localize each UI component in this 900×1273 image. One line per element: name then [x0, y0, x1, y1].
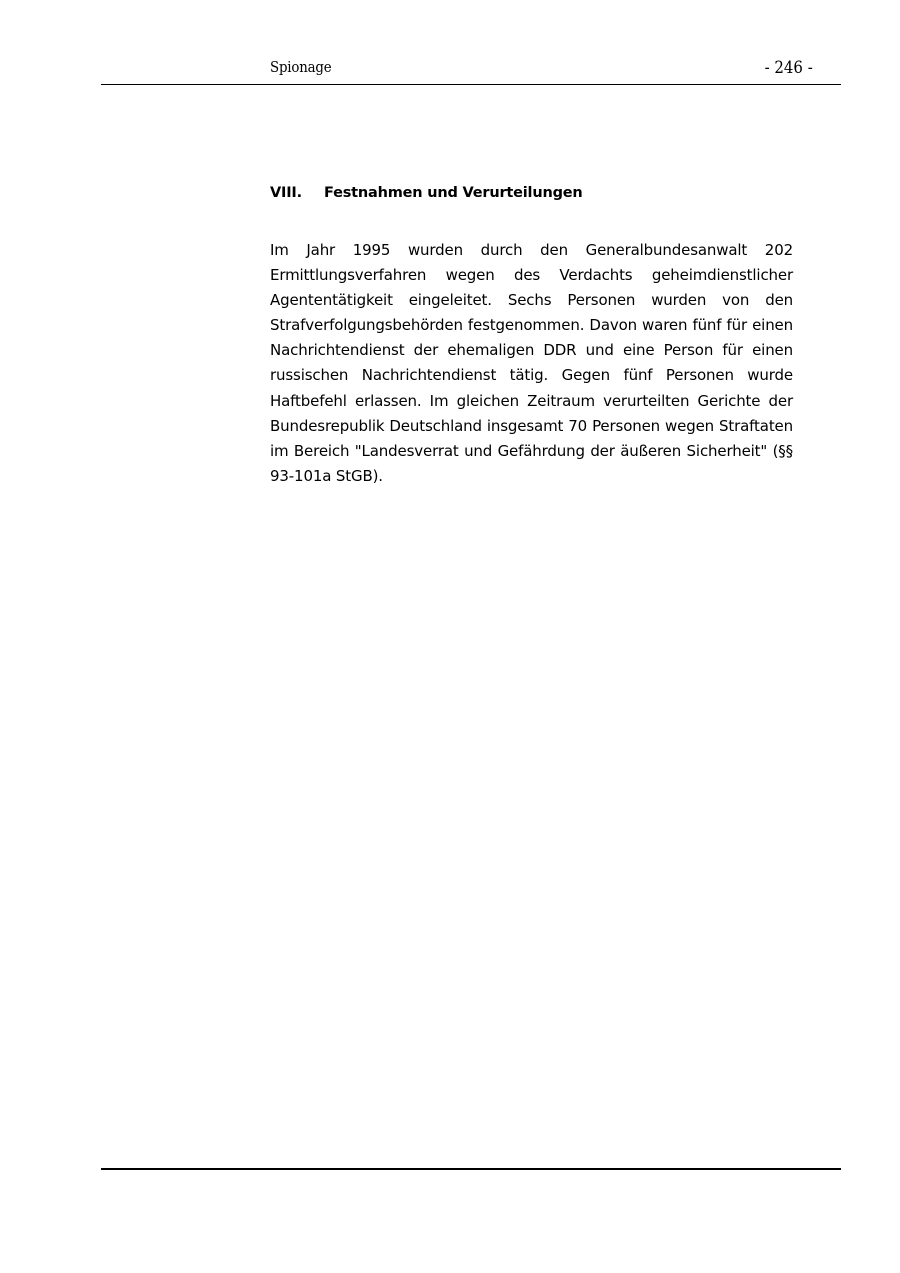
body-paragraph: Im Jahr 1995 wurden durch den Generalbun… [270, 238, 793, 489]
section-heading: VIII.Festnahmen und Verurteilungen [270, 185, 583, 201]
header-divider [101, 84, 841, 85]
footer-divider [101, 1168, 841, 1170]
section-number: VIII. [270, 185, 324, 201]
page-number: - 246 - [765, 58, 813, 78]
section-title: Festnahmen und Verurteilungen [324, 185, 583, 201]
running-header-title: Spionage [270, 60, 331, 76]
